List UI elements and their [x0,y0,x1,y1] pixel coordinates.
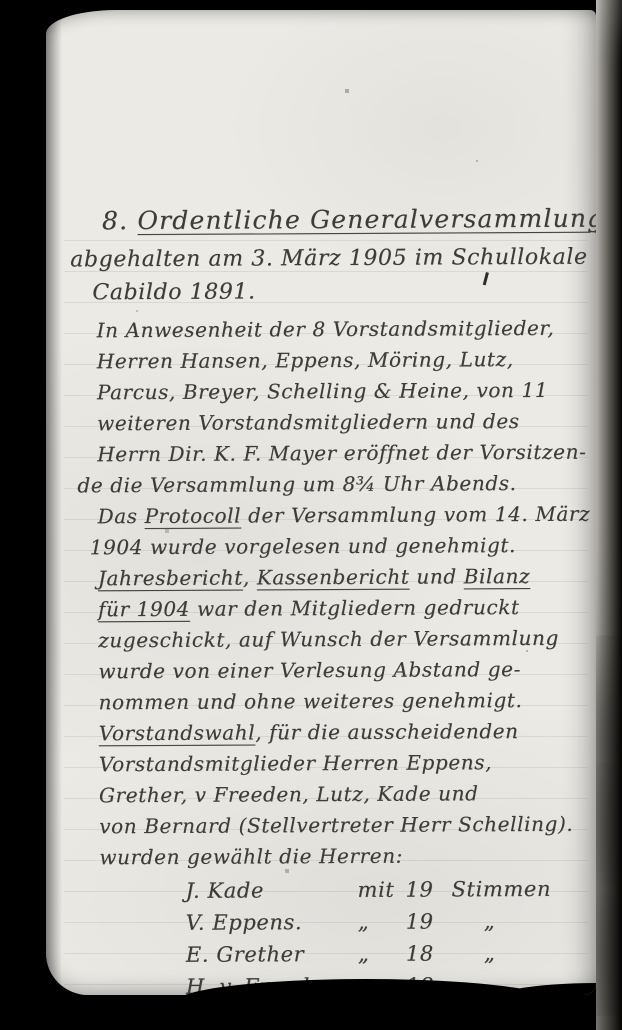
manuscript-line: Cabildo 1891. [92,274,578,310]
text-run: Parcus, Breyer, Schelling & Heine, von 1… [97,378,548,404]
text-run: weiteren Vorstandsmitgliedern und des [97,409,520,435]
underlined-text: Ordentliche Generalversammlung. [137,204,596,235]
text-run: Das [97,504,144,528]
manuscript-line: wurden gewählt die Herren: [99,840,581,874]
manuscript-line: Das Protocoll der Versammlung vom 14. Mä… [97,499,579,533]
vote-count: 19 [406,905,452,937]
page-gutter-shadow [46,10,62,995]
text-run: zugeschickt, auf Wunsch der Versammlung [98,626,559,652]
vote-name: V. Eppens. [186,906,358,939]
text-run: und [409,564,463,588]
vote-row: J. Kade mit 19 Stimmen [185,873,581,907]
vote-row: V. Eppens. „ 19 „ [186,905,582,939]
manuscript-line: von Bernard (Stellvertreter Herr Schelli… [99,809,581,843]
text-run: In Anwesenheit der 8 Vorstandsmitglieder… [97,316,555,342]
manuscript-line: abgehalten am 3. März 1905 im Schullokal… [70,241,578,277]
manuscript-line: Parcus, Breyer, Schelling & Heine, von 1… [97,375,579,409]
text-run: von Bernard (Stellvertreter Herr Schelli… [99,812,573,838]
manuscript-line: de die Versammlung um 8¾ Uhr Abends. [77,468,579,502]
handwritten-minutes: 8. Ordentliche Generalversammlung. abgeh… [96,197,582,995]
vote-row: E. Grether „ 18 „ [186,937,582,971]
text-run: Herrn Dir. K. F. Mayer eröffnet der Vors… [97,440,586,467]
manuscript-line: Jahresbericht, Kassenbericht und Bilanz [98,561,580,595]
ditto-mark: „ [358,938,406,970]
text-run: 1904 wurde vorgelesen und genehmigt. [90,533,516,559]
underlined-text: für 1904 [98,597,190,621]
paper-specks [46,10,48,12]
underlined-text: Protocoll [144,504,241,529]
text-run: de die Versammlung um 8¾ Uhr Abends. [77,471,516,497]
manuscript-line: Vorstandswahl, für die ausscheidenden [99,716,581,750]
vote-results-list: J. Kade mit 19 Stimmen V. Eppens. „ 19 „… [99,873,582,995]
manuscript-line: weiteren Vorstandsmitgliedern und des [97,406,579,440]
manuscript-line: In Anwesenheit der 8 Vorstandsmitglieder… [97,313,579,347]
text-run: , für die ausscheidenden [255,719,519,744]
vote-prefix: mit [357,874,405,906]
manuscript-line: Herren Hansen, Eppens, Möring, Lutz, [97,344,579,378]
manuscript-line: Herrn Dir. K. F. Mayer eröffnet der Vors… [97,437,579,471]
text-run: Grether, v Freeden, Lutz, Kade und [99,781,479,807]
underlined-text: Vorstandswahl [99,720,256,745]
text-run: Vorstandsmitglieder Herren Eppens, [99,750,492,776]
vote-count: 19 [405,873,451,905]
manuscript-line: zugeschickt, auf Wunsch der Versammlung [98,623,580,657]
manuscript-line: 1904 wurde vorgelesen und genehmigt. [90,530,580,564]
manuscript-line: für 1904 war den Mitgliedern gedruckt [98,592,580,626]
underlined-text: Jahresbericht [98,566,243,591]
ditto-mark: „ [452,937,496,969]
ditto-mark: „ [358,906,406,938]
manuscript-line: Vorstandsmitglieder Herren Eppens, [99,747,581,781]
text-run: nommen und ohne weiteres genehmigt. [98,688,522,714]
text-run: , [243,565,257,589]
text-run: Cabildo 1891. [92,279,255,305]
manuscript-line: wurde von einer Verlesung Abstand ge- [98,654,580,688]
book-page: 8. Ordentliche Generalversammlung. abgeh… [46,10,596,995]
manuscript-line: Grether, v Freeden, Lutz, Kade und [99,778,581,812]
ditto-mark: „ [452,905,496,937]
vote-name: J. Kade [185,874,357,907]
underlined-text: Kassenbericht [257,565,410,590]
vote-unit: Stimmen [451,873,551,906]
text-run: wurden gewählt die Herren: [99,844,403,870]
text-run: wurde von einer Verlesung Abstand ge- [98,657,521,683]
text-run: abgehalten am 3. März 1905 im Schullokal… [70,245,587,273]
underlined-text: Bilanz [464,564,531,588]
text-run: war den Mitgliedern gedruckt [190,595,520,621]
text-run: Herren Hansen, Eppens, Möring, Lutz, [97,347,514,373]
scanned-book-photo: 8. Ordentliche Generalversammlung. abgeh… [0,0,622,1030]
text-run: der Versammlung vom 14. März [241,502,590,528]
book-page-stack-edge [596,0,622,1030]
manuscript-line: nommen und ohne weiteres genehmigt. [98,685,580,719]
heading-line: 8. Ordentliche Generalversammlung. [102,197,578,243]
vote-name: E. Grether [186,938,358,971]
text-run: 8. [102,206,138,235]
vote-count: 18 [406,937,452,969]
